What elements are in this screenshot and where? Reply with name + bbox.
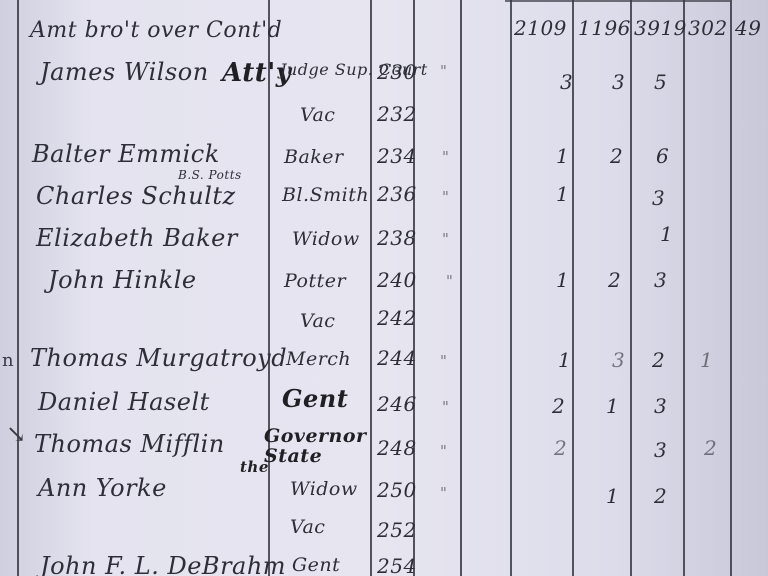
column-rule [370,0,372,576]
entry-name: Elizabeth Baker [36,224,238,252]
entry-house-no: 238 [377,226,417,250]
header-carried-over: Amt bro't over Cont'd [30,18,282,43]
entry-name: John Hinkle [48,266,197,294]
entry-house-no: 248 [377,436,417,460]
column-rule [17,0,19,576]
column-rule [683,0,685,576]
entry-name: Daniel Haselt [38,388,210,416]
total-col-5: 49 [735,16,761,40]
entry-c3: 6 [656,144,669,168]
entry-c1: 1 [556,144,569,168]
entry-name: Charles Schultz [36,182,236,210]
entry-c3: 3 [654,438,667,462]
entry-c1: 1 [556,268,569,292]
entry-occupation: Widow [290,478,358,500]
entry-c2: 1 [606,484,619,508]
entry-house-no: 244 [377,346,417,370]
entry-mark: " [440,484,447,502]
entry-annotation: B.S. Potts [178,168,242,182]
ledger-page: Amt bro't over Cont'd 2109 1196 3919 302… [0,0,768,576]
entry-occupation: Vac [290,516,325,538]
total-col-1: 2109 [514,16,567,40]
entry-c1: 1 [558,348,571,372]
entry-c3: 3 [654,394,667,418]
entry-c3: 1 [660,222,673,246]
entry-occupation: Widow [292,228,360,250]
margin-mark: n [2,350,14,371]
entry-c2: 3 [612,348,625,372]
entry-name: Thomas Mifflin [34,430,225,458]
entry-house-no: 240 [377,268,417,292]
entry-c1: 2 [554,436,567,460]
entry-house-no: 246 [377,392,417,416]
entry-c1: 2 [552,394,565,418]
entry-name: Ann Yorke [38,474,167,502]
entry-c3: 5 [654,70,667,94]
entry-occupation: Merch [286,348,351,370]
entry-occupation: Vac [300,310,335,332]
entry-mark: " [442,188,449,206]
entry-name: James Wilson [40,58,209,86]
entry-mark: " [440,442,447,460]
total-col-4: 302 [688,16,728,40]
entry-name: Thomas Murgatroyd [30,344,287,372]
entry-house-no: 236 [377,182,417,206]
entry-c3: 3 [654,268,667,292]
total-col-3: 3919 [634,16,687,40]
entry-occupation: Potter [284,270,346,292]
entry-name: John F. L. DeBrahm [40,552,286,576]
entry-name: Balter Emmick [32,140,220,168]
entry-house-no: 230 [377,60,417,84]
entry-house-no: 234 [377,144,417,168]
header-rule [505,0,730,2]
entry-occupation: Vac [300,104,335,126]
entry-c3: 2 [654,484,667,508]
entry-c3: 3 [652,186,665,210]
entry-mark: " [446,272,453,290]
total-col-2: 1196 [578,16,631,40]
entry-house-no: 242 [377,306,417,330]
entry-c1: 1 [556,182,569,206]
entry-c3: 2 [652,348,665,372]
entry-occupation: Gent [282,384,348,413]
entry-house-no: 232 [377,102,417,126]
entry-c2: 3 [612,70,625,94]
entry-c1: 3 [560,70,573,94]
entry-c2: 2 [608,268,621,292]
entry-house-no: 252 [377,518,417,542]
entry-occupation: Bl.Smith [282,184,369,206]
entry-mark: " [442,230,449,248]
entry-c2: 2 [610,144,623,168]
column-rule [730,0,732,576]
margin-arrow-mark: ↘ [6,420,26,448]
column-rule [630,0,632,576]
entry-occupation: Governor State [264,426,364,466]
entry-mark: " [440,352,447,370]
entry-c4: 1 [700,348,713,372]
entry-mark: " [442,148,449,166]
entry-c2: 1 [606,394,619,418]
entry-mark: " [440,62,447,80]
entry-occupation: Gent [292,554,340,576]
column-rule [510,0,512,576]
entry-occupation: Baker [284,146,344,168]
entry-mark: " [442,398,449,416]
entry-house-no: 250 [377,478,417,502]
column-rule [460,0,462,576]
entry-house-no: 254 [377,554,417,576]
entry-c4: 2 [704,436,717,460]
